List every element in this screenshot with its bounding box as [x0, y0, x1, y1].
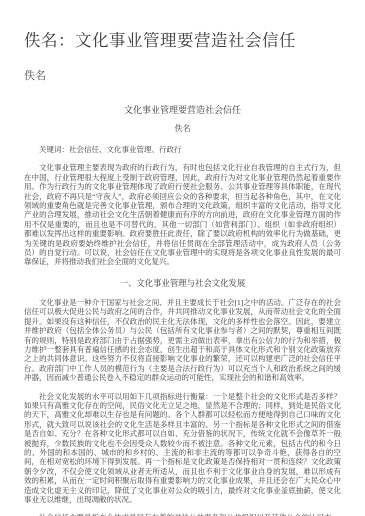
paragraph-section1-b: 社会文化发展的水平可以用如下几项指标进行衡量：一个是整个社会的文化形式是否多样？… — [24, 392, 341, 505]
paragraph-section1-a: 文化事业是一种介于国家与社会之间、并且主要成长于社会[1]之中的活动。广泛存在的… — [24, 298, 341, 383]
article-author: 佚名 — [24, 124, 341, 134]
keywords-line: 关键词：社会信任、文化事业管理、行政行 — [24, 145, 341, 154]
page-title: 佚名：文化事业管理要营造社会信任 — [24, 30, 341, 52]
article-title: 文化事业管理要营造社会信任 — [24, 105, 341, 116]
document-page: 佚名：文化事业管理要营造社会信任 佚名 文化事业管理要营造社会信任 佚名 关键词… — [0, 0, 365, 516]
section-heading-1: 一、文化事业管理与社会文化发展 — [24, 279, 341, 289]
paragraph-intro: 文化事业管理主要表现为政府的行政行为，有时也包括文化行业自我管理的自主式行为，但… — [24, 163, 341, 266]
page-author: 佚名 — [24, 70, 341, 83]
